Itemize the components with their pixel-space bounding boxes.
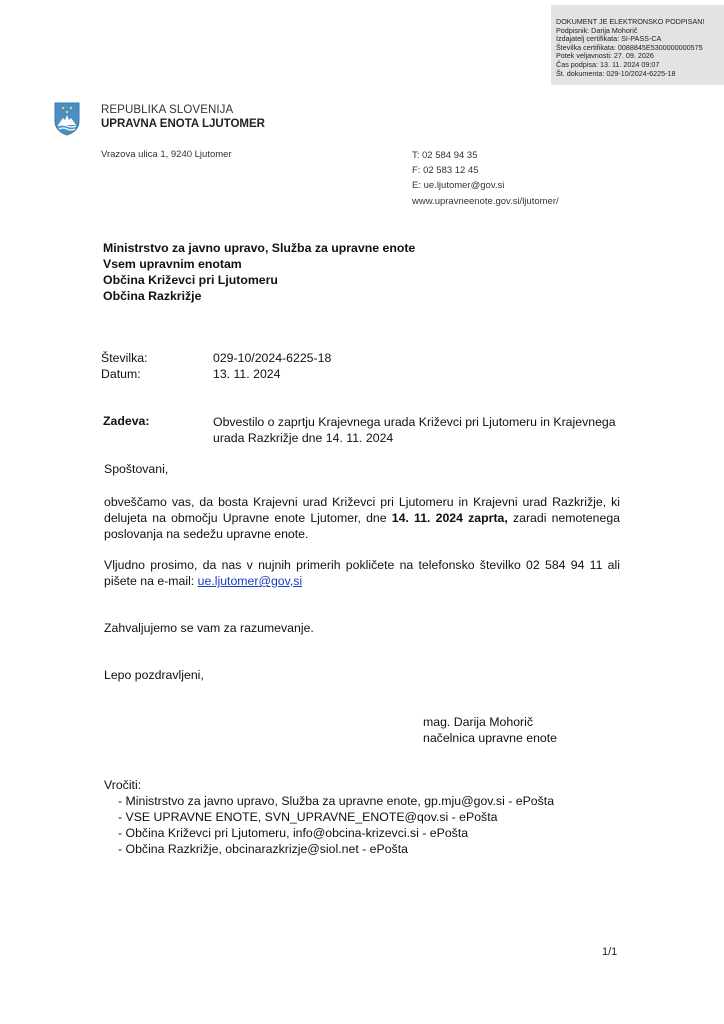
contact-block: T: 02 584 94 35 F: 02 583 12 45 E: ue.lj… bbox=[412, 148, 559, 209]
recipient: Ministrstvo za javno upravo, Služba za u… bbox=[103, 240, 415, 256]
delivery-item: - Občina Križevci pri Ljutomeru, info@ob… bbox=[118, 825, 554, 841]
recipient: Vsem upravnim enotam bbox=[103, 256, 415, 272]
slovenia-coat-of-arms-icon bbox=[53, 101, 81, 137]
delivery-heading: Vročiti: bbox=[104, 777, 554, 793]
org-address: Vrazova ulica 1, 9240 Ljutomer bbox=[101, 149, 232, 160]
date-label: Datum: bbox=[101, 366, 141, 382]
phone-number: T: 02 584 94 35 bbox=[412, 148, 559, 163]
email-link[interactable]: ue.ljutomer@gov,si bbox=[198, 574, 303, 588]
contact-email: E: ue.ljutomer@gov.si bbox=[412, 178, 559, 193]
salutation: Spoštovani, bbox=[104, 461, 620, 477]
recipient: Občina Razkrižje bbox=[103, 288, 415, 304]
delivery-item: - Občina Razkrižje, obcinarazkrizje@siol… bbox=[118, 841, 554, 857]
delivery-item: - Ministrstvo za javno upravo, Služba za… bbox=[118, 793, 554, 809]
body-paragraph-1: obveščamo vas, da bosta Krajevni urad Kr… bbox=[104, 494, 620, 542]
number-label: Številka: bbox=[101, 350, 147, 366]
org-name-line2: UPRAVNA ENOTA LJUTOMER bbox=[101, 118, 265, 130]
subject-label: Zadeva: bbox=[103, 414, 149, 428]
electronic-signature-box: DOKUMENT JE ELEKTRONSKO PODPISAN! Podpis… bbox=[551, 5, 724, 85]
page-number: 1/1 bbox=[602, 946, 617, 958]
recipient: Občina Križevci pri Ljutomeru bbox=[103, 272, 415, 288]
paragraph-text: Vljudno prosimo, da nas v nujnih primeri… bbox=[104, 558, 620, 588]
body-paragraph-2: Vljudno prosimo, da nas v nujnih primeri… bbox=[104, 557, 620, 589]
recipients-block: Ministrstvo za javno upravo, Služba za u… bbox=[103, 240, 415, 304]
website-url: www.upravneenote.gov.si/ljutomer/ bbox=[412, 194, 559, 209]
delivery-item: - VSE UPRAVNE ENOTE, SVN_UPRAVNE_ENOTE@q… bbox=[118, 809, 554, 825]
signature-line: Št. dokumenta: 029-10/2024-6225-18 bbox=[556, 70, 724, 79]
org-name-line1: REPUBLIKA SLOVENIJA bbox=[101, 104, 233, 116]
signer-block: mag. Darija Mohorič načelnica upravne en… bbox=[423, 714, 557, 746]
date-value: 13. 11. 2024 bbox=[213, 366, 280, 382]
delivery-list: - Ministrstvo za javno upravo, Služba za… bbox=[104, 793, 554, 857]
closing-line: Lepo pozdravljeni, bbox=[104, 667, 620, 683]
signer-name: mag. Darija Mohorič bbox=[423, 714, 557, 730]
number-value: 029-10/2024-6225-18 bbox=[213, 350, 331, 366]
closure-date-emphasis: 14. 11. 2024 zaprta, bbox=[392, 511, 508, 525]
thanks-line: Zahvaljujemo se vam za razumevanje. bbox=[104, 620, 620, 636]
delivery-block: Vročiti: - Ministrstvo za javno upravo, … bbox=[104, 777, 554, 857]
signer-title: načelnica upravne enote bbox=[423, 730, 557, 746]
fax-number: F: 02 583 12 45 bbox=[412, 163, 559, 178]
subject-text: Obvestilo o zaprtju Krajevnega urada Kri… bbox=[213, 414, 633, 446]
